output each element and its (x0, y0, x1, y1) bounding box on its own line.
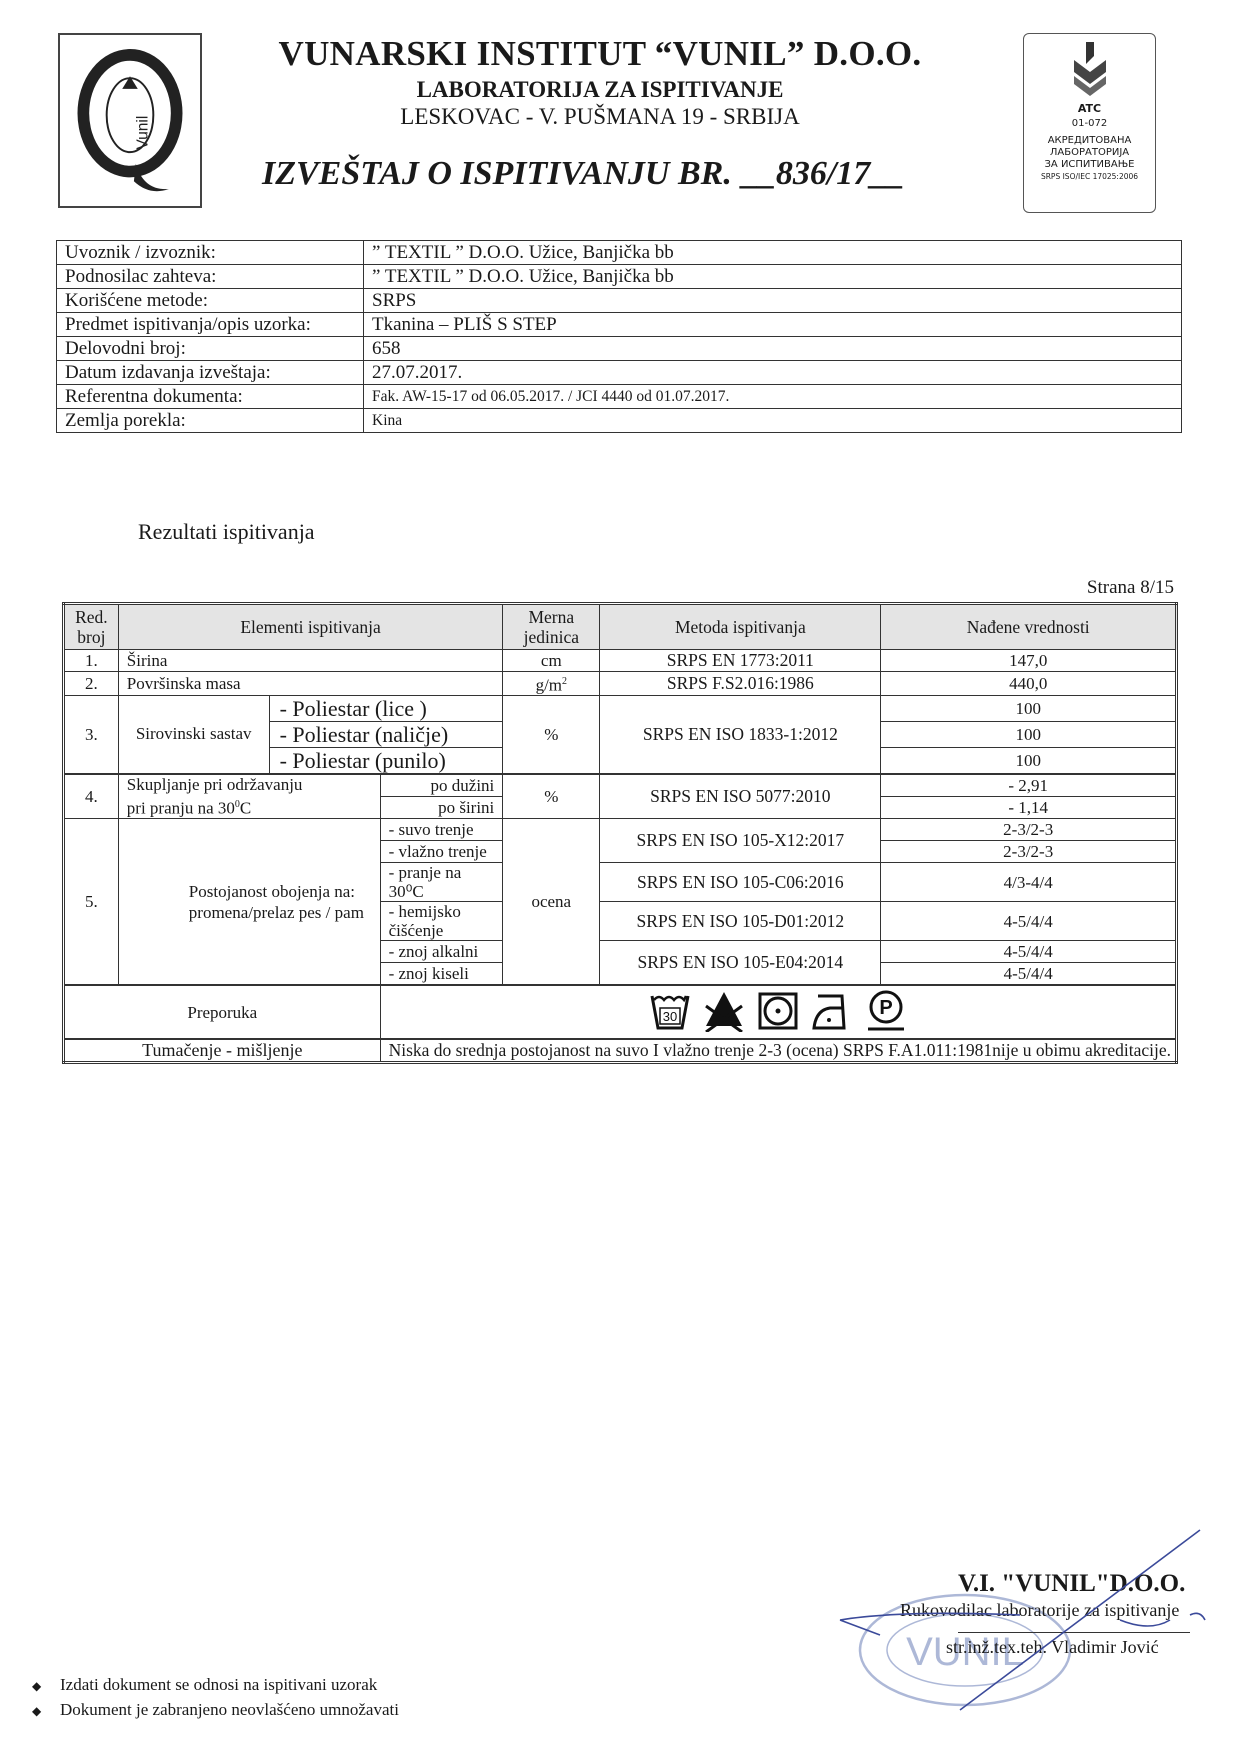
header-values: Nađene vrednosti (881, 604, 1177, 650)
iron-low-icon (810, 988, 854, 1036)
table-row: 2. Površinska masa g/m2 SRPS F.S2.016:19… (64, 672, 1177, 696)
group-line: pri pranju na 30 (127, 798, 235, 817)
row-unit: % (503, 695, 600, 774)
table-row: 1. Širina cm SRPS EN 1773:2011 147,0 (64, 650, 1177, 672)
results-table: Red. broj Elementi ispitivanja Merna jed… (62, 602, 1178, 1064)
row-subitem: - hemijsko čišćenje (380, 902, 503, 941)
footer-note-text: Izdati dokument se odnosi na ispitivani … (60, 1675, 377, 1694)
dry-clean-p-icon: P (864, 988, 908, 1036)
info-label: Uvoznik / izvoznik: (57, 241, 364, 265)
laboratory-name: LABORATORIJA ZA ISPITIVANJE (260, 77, 940, 103)
row-value: 100 (881, 721, 1177, 747)
row-unit: % (503, 774, 600, 819)
group-line: Skupljanje pri održavanju (127, 775, 303, 794)
results-header-row: Red. broj Elementi ispitivanja Merna jed… (64, 604, 1177, 650)
group-suffix: C (240, 798, 251, 817)
row-subitem: - vlažno trenje (380, 841, 503, 863)
info-row: Delovodni broj:658 (57, 337, 1182, 361)
row-value: 4-5/4/4 (881, 963, 1177, 986)
row-value: 4-5/4/4 (881, 902, 1177, 941)
atc-line: ЗА ИСПИТИВАЊЕ (1024, 159, 1155, 171)
recommendation-label: Preporuka (64, 985, 381, 1039)
row-value: 2-3/2-3 (881, 819, 1177, 841)
row-value: - 2,91 (881, 774, 1177, 797)
info-value: ” TEXTIL ” D.O.O. Užice, Banjička bb (364, 265, 1182, 289)
report-label: IZVEŠTAJ O ISPITIVANJU BR. (262, 155, 732, 192)
page-number: Strana 8/15 (1087, 577, 1174, 599)
wash-30-icon: 30 (648, 988, 692, 1036)
info-row: Predmet ispitivanja/opis uzorka:Tkanina … (57, 313, 1182, 337)
institute-address: LESKOVAC - V. PUŠMANA 19 - SRBIJA (260, 104, 940, 130)
footer-notes: ◆Izdati dokument se odnosi na ispitivani… (32, 1673, 399, 1723)
atc-standard: SRPS ISO/IEC 17025:2006 (1024, 171, 1155, 183)
info-value: 658 (364, 337, 1182, 361)
unit-text: g/m (536, 676, 562, 695)
row-value: 100 (881, 695, 1177, 721)
unit-sup: 2 (562, 676, 567, 687)
opinion-label: Tumačenje - mišljenje (64, 1039, 381, 1063)
header-method: Metoda ispitivanja (600, 604, 881, 650)
row-unit: ocena (503, 819, 600, 986)
info-row: Podnosilac zahteva:” TEXTIL ” D.O.O. Uži… (57, 265, 1182, 289)
info-label: Datum izdavanja izveštaja: (57, 361, 364, 385)
institute-name: VUNARSKI INSTITUT “VUNIL” D.O.O. (260, 34, 940, 74)
info-row: Referentna dokumenta:Fak. AW-15-17 od 06… (57, 385, 1182, 409)
info-label: Zemlja porekla: (57, 409, 364, 433)
row-method: SRPS EN ISO 105-D01:2012 (600, 902, 881, 941)
svg-text:Vunil: Vunil (135, 116, 152, 150)
info-label: Referentna dokumenta: (57, 385, 364, 409)
svg-text:30: 30 (663, 1009, 677, 1024)
row-subitem: po širini (380, 796, 503, 818)
row-group: Skupljanje pri održavanju pri pranju na … (118, 774, 380, 819)
footer-note: ◆Dokument je zabranjeno neovlašćeno umno… (32, 1698, 399, 1723)
footer-note-text: Dokument je zabranjeno neovlašćeno umnož… (60, 1700, 399, 1719)
row-subitem: - Poliestar (punilo) (269, 747, 503, 774)
row-element: Širina (118, 650, 502, 672)
row-method: SRPS F.S2.016:1986 (600, 672, 881, 696)
atc-line: ЛАБОРАТОРИЈА (1024, 147, 1155, 159)
row-subitem: - znoj alkalni (380, 941, 503, 963)
row-method: SRPS EN ISO 105-E04:2014 (600, 941, 881, 986)
vunil-q-logo-icon: Vunil (60, 35, 200, 206)
sample-info-table: Uvoznik / izvoznik:” TEXTIL ” D.O.O. Uži… (56, 240, 1182, 433)
handwritten-signature-icon (820, 1520, 1220, 1730)
report-title: IZVEŠTAJ O ISPITIVANJU BR.__836/17__ (262, 155, 904, 193)
table-row: 4. Skupljanje pri održavanju pri pranju … (64, 774, 1177, 797)
row-subitem: - suvo trenje (380, 819, 503, 841)
recommendation-row: Preporuka 30 P (64, 985, 1177, 1039)
row-subitem: - pranje na 30⁰C (380, 863, 503, 902)
info-label: Korišćene metode: (57, 289, 364, 313)
row-no: 3. (64, 695, 119, 774)
row-subitem: po dužini (380, 774, 503, 797)
info-label: Delovodni broj: (57, 337, 364, 361)
info-row: Uvoznik / izvoznik:” TEXTIL ” D.O.O. Uži… (57, 241, 1182, 265)
row-no: 4. (64, 774, 119, 819)
header-elements: Elementi ispitivanja (118, 604, 502, 650)
vunil-q-logo: Vunil (58, 33, 202, 208)
row-method: SRPS EN ISO 1833-1:2012 (600, 695, 881, 774)
row-group: Sirovinski sastav (118, 695, 269, 774)
atc-number: 01-072 (1024, 118, 1155, 129)
row-value: 4-5/4/4 (881, 941, 1177, 963)
row-value: 2-3/2-3 (881, 841, 1177, 863)
diamond-bullet-icon: ◆ (32, 1674, 60, 1698)
opinion-row: Tumačenje - mišljenje Niska do srednja p… (64, 1039, 1177, 1063)
info-value: Tkanina – PLIŠ S STEP (364, 313, 1182, 337)
opinion-text: Niska do srednja postojanost na suvo I v… (380, 1039, 1176, 1063)
info-row: Korišćene metode:SRPS (57, 289, 1182, 313)
row-value: 4/3-4/4 (881, 863, 1177, 902)
header-unit: Merna jedinica (503, 604, 600, 650)
info-value: SRPS (364, 289, 1182, 313)
row-subitem: - Poliestar (lice ) (269, 695, 503, 721)
no-bleach-icon (702, 988, 746, 1036)
results-section-title: Rezultati ispitivanja (138, 519, 315, 545)
info-value: 27.07.2017. (364, 361, 1182, 385)
row-method: SRPS EN ISO 5077:2010 (600, 774, 881, 819)
row-no: 1. (64, 650, 119, 672)
info-label: Podnosilac zahteva: (57, 265, 364, 289)
info-label: Predmet ispitivanja/opis uzorka: (57, 313, 364, 337)
row-subitem: - Poliestar (naličje) (269, 721, 503, 747)
row-group: Postojanost obojenja na: promena/prelaz … (118, 819, 380, 986)
atc-accreditation-logo-icon (1070, 42, 1110, 98)
info-value: Fak. AW-15-17 od 06.05.2017. / JCI 4440 … (364, 385, 1182, 409)
row-unit: cm (503, 650, 600, 672)
report-number: __836/17__ (742, 155, 904, 192)
table-row: 5. Postojanost obojenja na: promena/prel… (64, 819, 1177, 841)
row-method: SRPS EN ISO 105-X12:2017 (600, 819, 881, 863)
row-no: 2. (64, 672, 119, 696)
footer-note: ◆Izdati dokument se odnosi na ispitivani… (32, 1673, 399, 1698)
info-row: Zemlja porekla:Kina (57, 409, 1182, 433)
row-method: SRPS EN 1773:2011 (600, 650, 881, 672)
row-value: 100 (881, 747, 1177, 774)
atc-line: АКРЕДИТОВАНА (1024, 135, 1155, 147)
row-element: Površinska masa (118, 672, 502, 696)
header-no: Red. broj (64, 604, 119, 650)
diamond-bullet-icon: ◆ (32, 1699, 60, 1723)
info-row: Datum izdavanja izveštaja:27.07.2017. (57, 361, 1182, 385)
tumble-dry-low-icon (756, 988, 800, 1036)
row-value: 440,0 (881, 672, 1177, 696)
row-value: - 1,14 (881, 796, 1177, 818)
row-no: 5. (64, 819, 119, 986)
atc-code: ATC (1024, 102, 1155, 115)
row-method: SRPS EN ISO 105-C06:2016 (600, 863, 881, 902)
info-value: Kina (364, 409, 1182, 433)
care-symbols: 30 P (380, 985, 1176, 1039)
table-row: 3. Sirovinski sastav - Poliestar (lice )… (64, 695, 1177, 721)
row-unit: g/m2 (503, 672, 600, 696)
svg-text:P: P (879, 997, 892, 1019)
row-subitem: - znoj kiseli (380, 963, 503, 986)
accreditation-badge: ATC 01-072 АКРЕДИТОВАНА ЛАБОРАТОРИЈА ЗА … (1023, 33, 1156, 213)
info-value: ” TEXTIL ” D.O.O. Užice, Banjička bb (364, 241, 1182, 265)
row-value: 147,0 (881, 650, 1177, 672)
